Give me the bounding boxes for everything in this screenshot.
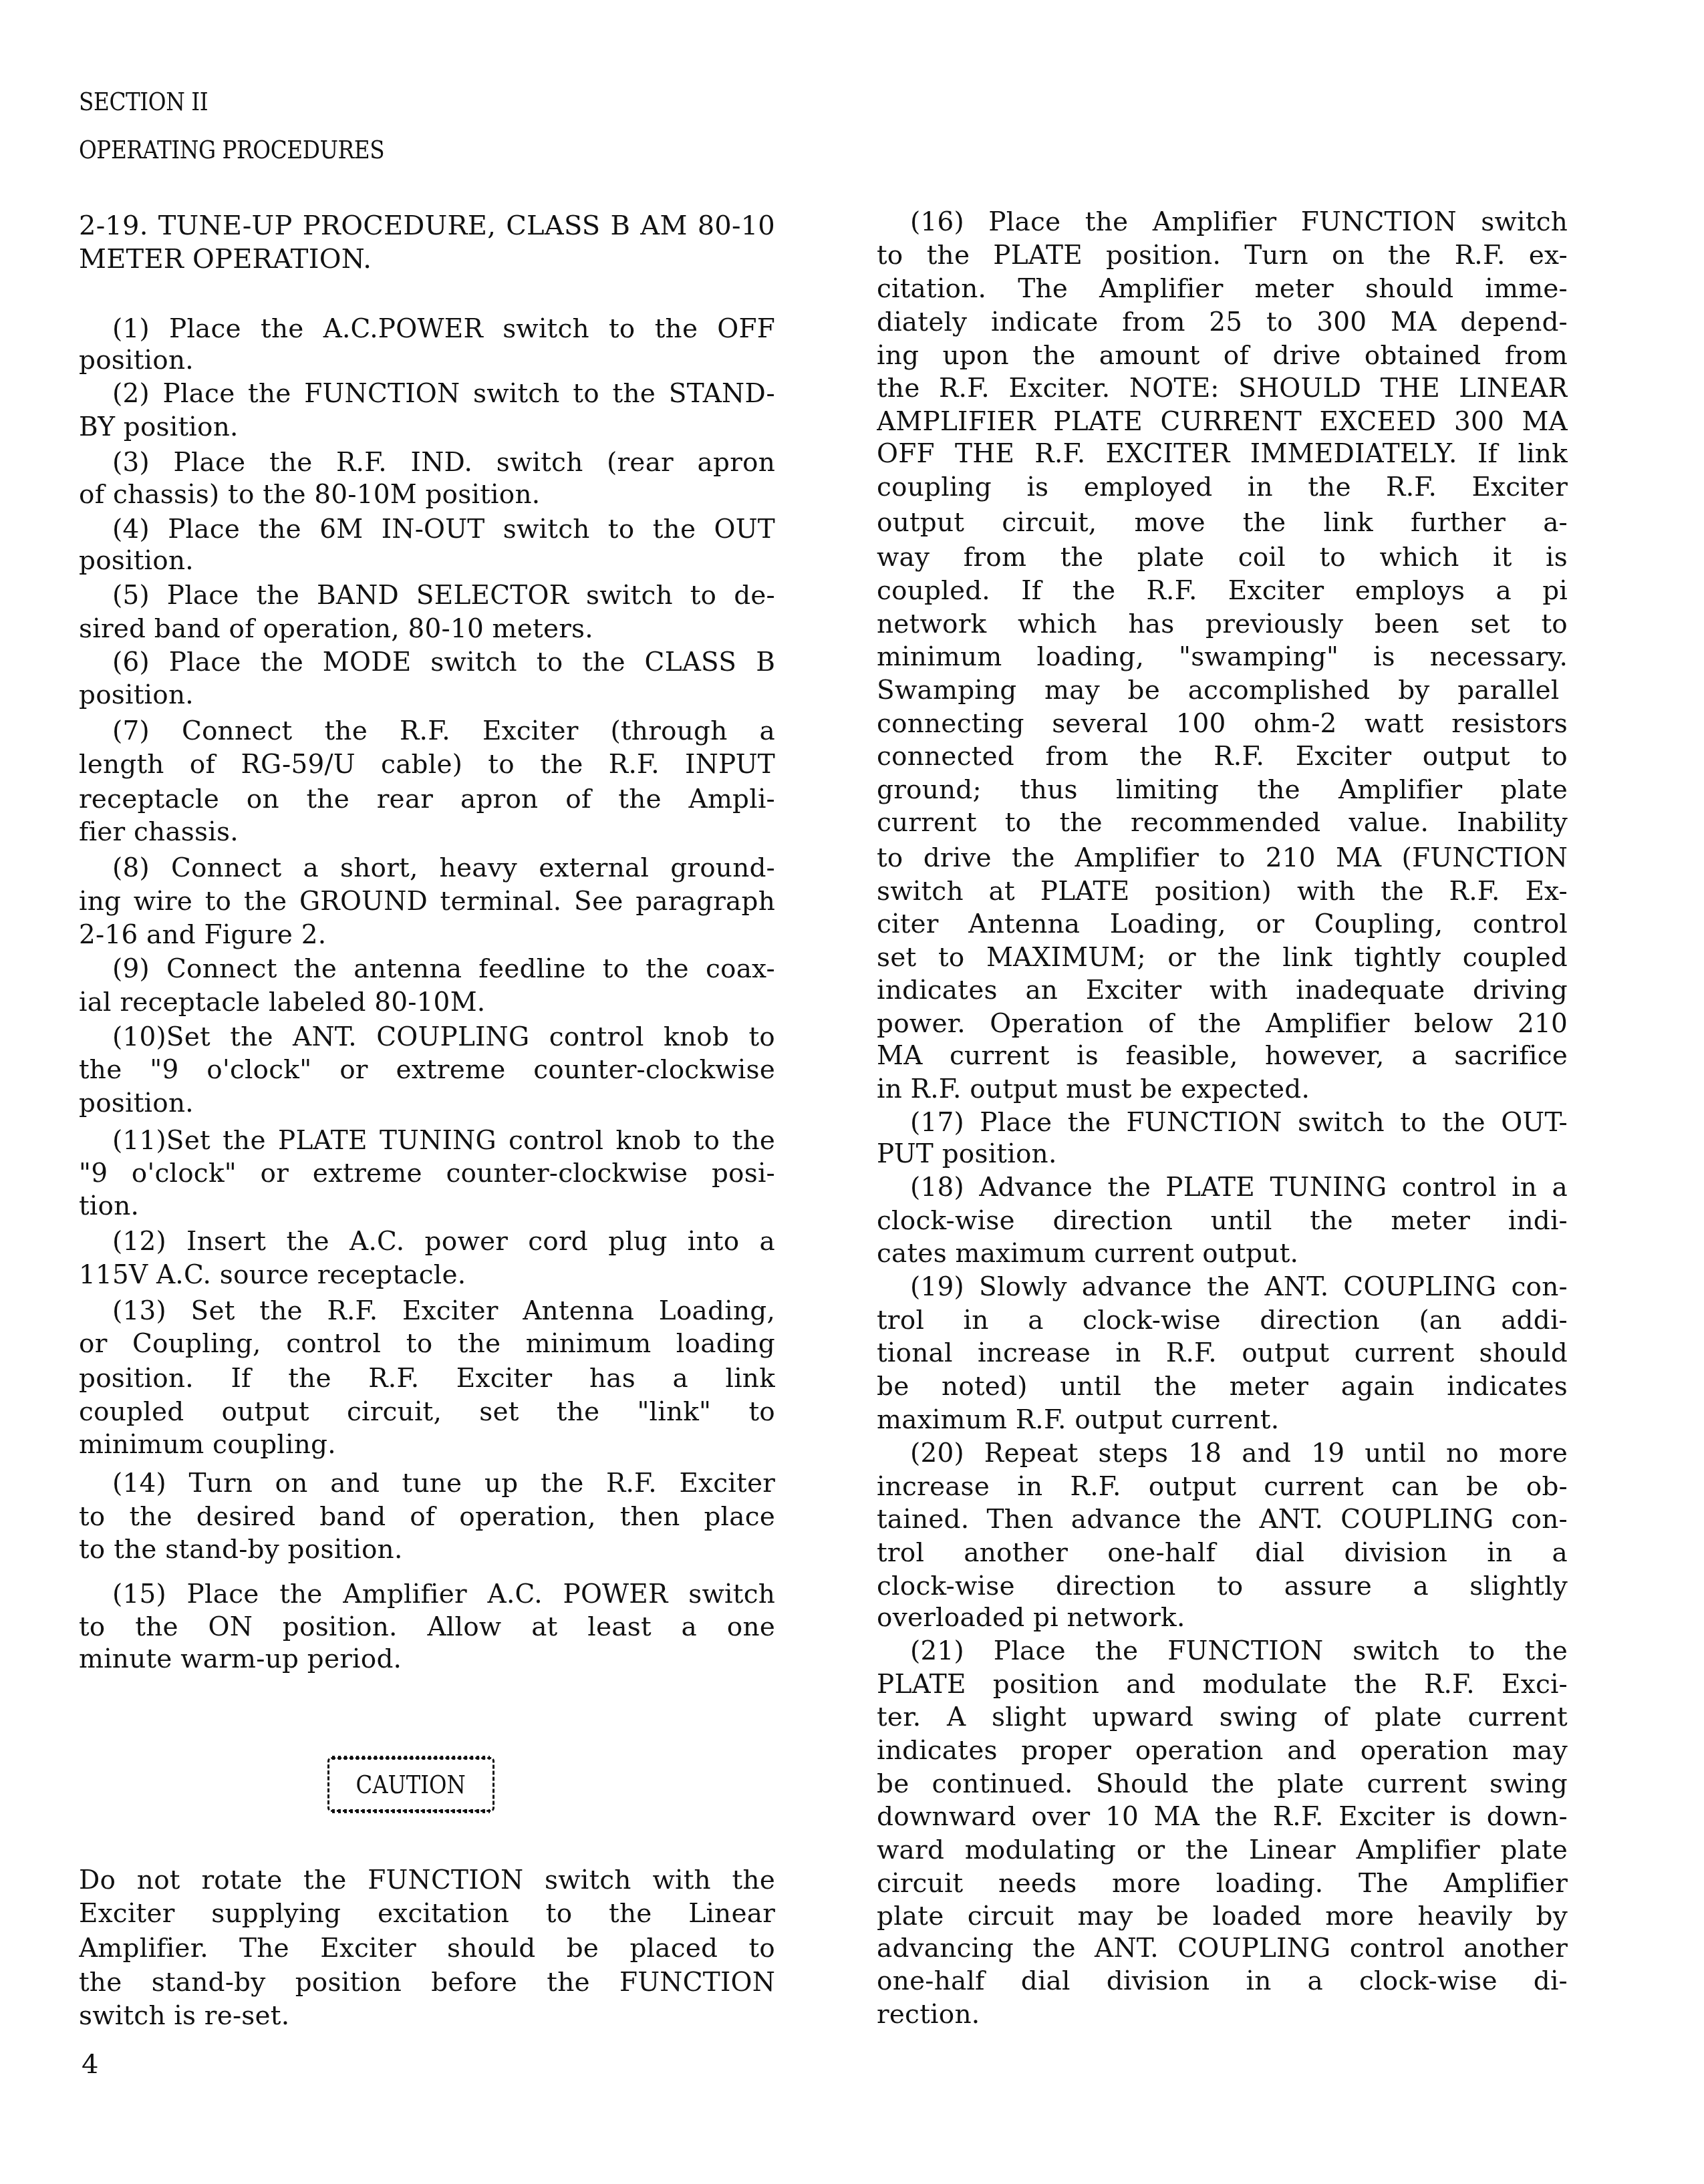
procedure-heading-line: 2-19. TUNE-UP PROCEDURE, CLASS B AM 80-1… xyxy=(79,209,775,243)
text-line: clock-wise direction to assure a slightl… xyxy=(877,1570,1568,1603)
text-line: the "9 o'clock" or extreme counter-clock… xyxy=(79,1054,775,1087)
text-line: Swamping may be accomplished by parallel xyxy=(877,674,1568,708)
text-line: connecting several 100 ohm-2 watt resist… xyxy=(877,708,1568,741)
text-line: circuit needs more loading. The Amplifie… xyxy=(877,1867,1568,1901)
caution-label: CAUTION xyxy=(356,1770,466,1799)
text-line: "9 o'clock" or extreme counter-clockwise… xyxy=(79,1157,775,1191)
text-line: the R.F. Exciter. NOTE: SHOULD THE LINEA… xyxy=(877,372,1568,406)
text-line: ing wire to the GROUND terminal. See par… xyxy=(79,885,775,919)
text-line: (21) Place the FUNCTION switch to the xyxy=(877,1635,1568,1668)
text-line: (2) Place the FUNCTION switch to the STA… xyxy=(79,377,775,411)
text-line: PUT position. xyxy=(877,1138,1568,1171)
text-line: receptacle on the rear apron of the Ampl… xyxy=(79,783,775,816)
text-line: (7) Connect the R.F. Exciter (through a xyxy=(79,715,775,748)
text-line: of chassis) to the 80-10M position. xyxy=(79,478,775,512)
text-line: to the stand-by position. xyxy=(79,1533,775,1567)
text-line: (11)Set the PLATE TUNING control knob to… xyxy=(79,1124,775,1158)
manual-page: SECTION II OPERATING PROCEDURES 2-19. TU… xyxy=(0,0,1704,2184)
text-line: clock-wise direction until the meter ind… xyxy=(877,1205,1568,1238)
text-line: plate circuit may be loaded more heavily… xyxy=(877,1900,1568,1933)
text-line: switch is re-set. xyxy=(79,2000,775,2033)
text-line: BY position. xyxy=(79,411,775,444)
page-number: 4 xyxy=(82,2050,98,2079)
caution-box: CAUTION xyxy=(327,1757,494,1812)
text-line: way from the plate coil to which it is xyxy=(877,541,1568,575)
text-line: (17) Place the FUNCTION switch to the OU… xyxy=(877,1106,1568,1140)
text-line: (6) Place the MODE switch to the CLASS B xyxy=(79,646,775,679)
text-line: position. xyxy=(79,344,775,377)
text-line: ial receptacle labeled 80-10M. xyxy=(79,986,775,1020)
text-line: 2-16 and Figure 2. xyxy=(79,919,775,952)
text-line: to the ON position. Allow at least a one xyxy=(79,1611,775,1644)
text-line: cates maximum current output. xyxy=(877,1237,1568,1271)
text-line: in R.F. output must be expected. xyxy=(877,1073,1568,1106)
text-line: position. If the R.F. Exciter has a link xyxy=(79,1362,775,1396)
text-line: or Coupling, control to the minimum load… xyxy=(79,1328,775,1361)
text-line: current to the recommended value. Inabil… xyxy=(877,806,1568,840)
text-line: (15) Place the Amplifier A.C. POWER swit… xyxy=(79,1578,775,1611)
text-line: to drive the Amplifier to 210 MA (FUNCTI… xyxy=(877,842,1568,875)
text-line: maximum R.F. output current. xyxy=(877,1404,1568,1437)
text-line: trol another one-half dial division in a xyxy=(877,1537,1568,1570)
text-line: length of RG-59/U cable) to the R.F. INP… xyxy=(79,748,775,782)
text-line: be noted) until the meter again indicate… xyxy=(877,1370,1568,1404)
text-line: minimum loading, "swamping" is necessary… xyxy=(877,641,1568,674)
text-line: minimum coupling. xyxy=(79,1428,775,1462)
text-line: coupling is employed in the R.F. Exciter xyxy=(877,471,1568,504)
text-line: power. Operation of the Amplifier below … xyxy=(877,1007,1568,1041)
text-line: (13) Set the R.F. Exciter Antenna Loadin… xyxy=(79,1295,775,1328)
text-line: ward modulating or the Linear Amplifier … xyxy=(877,1834,1568,1867)
text-line: citer Antenna Loading, or Coupling, cont… xyxy=(877,908,1568,941)
text-line: OFF THE R.F. EXCITER IMMEDIATELY. If lin… xyxy=(877,438,1568,471)
text-line: trol in a clock-wise direction (an addi- xyxy=(877,1304,1568,1338)
section-label: SECTION II xyxy=(79,85,678,118)
text-line: Exciter supplying excitation to the Line… xyxy=(79,1897,775,1931)
text-line: PLATE position and modulate the R.F. Exc… xyxy=(877,1668,1568,1702)
text-line: 115V A.C. source receptacle. xyxy=(79,1259,775,1292)
text-line: ing upon the amount of drive obtained fr… xyxy=(877,339,1568,373)
text-line: sired band of operation, 80-10 meters. xyxy=(79,613,775,646)
text-line: MA current is feasible, however, a sacri… xyxy=(877,1040,1568,1073)
text-line: (4) Place the 6M IN-OUT switch to the OU… xyxy=(79,513,775,547)
text-line: (5) Place the BAND SELECTOR switch to de… xyxy=(79,579,775,613)
text-line: (8) Connect a short, heavy external grou… xyxy=(79,852,775,885)
text-line: coupled output circuit, set the "link" t… xyxy=(79,1396,775,1429)
text-line: rection. xyxy=(877,1998,1568,2032)
text-line: indicates an Exciter with inadequate dri… xyxy=(877,974,1568,1007)
text-line: (16) Place the Amplifier FUNCTION switch xyxy=(877,206,1568,239)
text-line: (20) Repeat steps 18 and 19 until no mor… xyxy=(877,1437,1568,1470)
text-line: overloaded pi network. xyxy=(877,1601,1568,1635)
text-line: be continued. Should the plate current s… xyxy=(877,1768,1568,1801)
text-line: ter. A slight upward swing of plate curr… xyxy=(877,1701,1568,1734)
text-line: Do not rotate the FUNCTION switch with t… xyxy=(79,1864,775,1897)
text-line: network which has previously been set to xyxy=(877,608,1568,641)
text-line: (19) Slowly advance the ANT. COUPLING co… xyxy=(877,1271,1568,1304)
text-line: (9) Connect the antenna feedline to the … xyxy=(79,953,775,986)
text-line: (12) Insert the A.C. power cord plug int… xyxy=(79,1225,775,1259)
text-line: (10)Set the ANT. COUPLING control knob t… xyxy=(79,1021,775,1054)
text-line: (3) Place the R.F. IND. switch (rear apr… xyxy=(79,446,775,480)
text-line: position. xyxy=(79,1087,775,1120)
text-line: coupled. If the R.F. Exciter employs a p… xyxy=(877,575,1568,608)
text-line: AMPLIFIER PLATE CURRENT EXCEED 300 MA TU… xyxy=(877,406,1568,439)
chapter-title: OPERATING PROCEDURES xyxy=(79,133,678,166)
text-line: ground; thus limiting the Amplifier plat… xyxy=(877,774,1568,807)
text-line: switch at PLATE position) with the R.F. … xyxy=(877,875,1568,909)
text-line: tained. Then advance the ANT. COUPLING c… xyxy=(877,1503,1568,1537)
text-line: (14) Turn on and tune up the R.F. Excite… xyxy=(79,1467,775,1501)
text-line: (1) Place the A.C.POWER switch to the OF… xyxy=(79,313,775,346)
text-line: (18) Advance the PLATE TUNING control in… xyxy=(877,1171,1568,1205)
text-line: advancing the ANT. COUPLING control anot… xyxy=(877,1932,1568,1966)
text-line: tional increase in R.F. output current s… xyxy=(877,1337,1568,1370)
text-line: the stand-by position before the FUNCTIO… xyxy=(79,1966,775,2000)
text-line: one-half dial division in a clock-wise d… xyxy=(877,1965,1568,1998)
text-line: output circuit, move the link further a- xyxy=(877,506,1568,540)
text-line: diately indicate from 25 to 300 MA depen… xyxy=(877,306,1568,339)
text-line: tion. xyxy=(79,1190,775,1223)
text-line: citation. The Amplifier meter should imm… xyxy=(877,273,1568,306)
text-line: to the PLATE position. Turn on the R.F. … xyxy=(877,239,1568,273)
text-line: position. xyxy=(79,679,775,712)
text-line: indicates proper operation and operation… xyxy=(877,1734,1568,1768)
text-line: minute warm-up period. xyxy=(79,1643,775,1676)
procedure-heading-line: METER OPERATION. xyxy=(79,243,775,276)
text-line: position. xyxy=(79,544,775,578)
text-line: set to MAXIMUM; or the link tightly coup… xyxy=(877,941,1568,975)
text-line: connected from the R.F. Exciter output t… xyxy=(877,740,1568,774)
text-line: fier chassis. xyxy=(79,816,775,849)
text-line: increase in R.F. output current can be o… xyxy=(877,1470,1568,1504)
text-line: downward over 10 MA the R.F. Exciter is … xyxy=(877,1801,1568,1834)
text-line: Amplifier. The Exciter should be placed … xyxy=(79,1932,775,1966)
text-line: to the desired band of operation, then p… xyxy=(79,1501,775,1534)
